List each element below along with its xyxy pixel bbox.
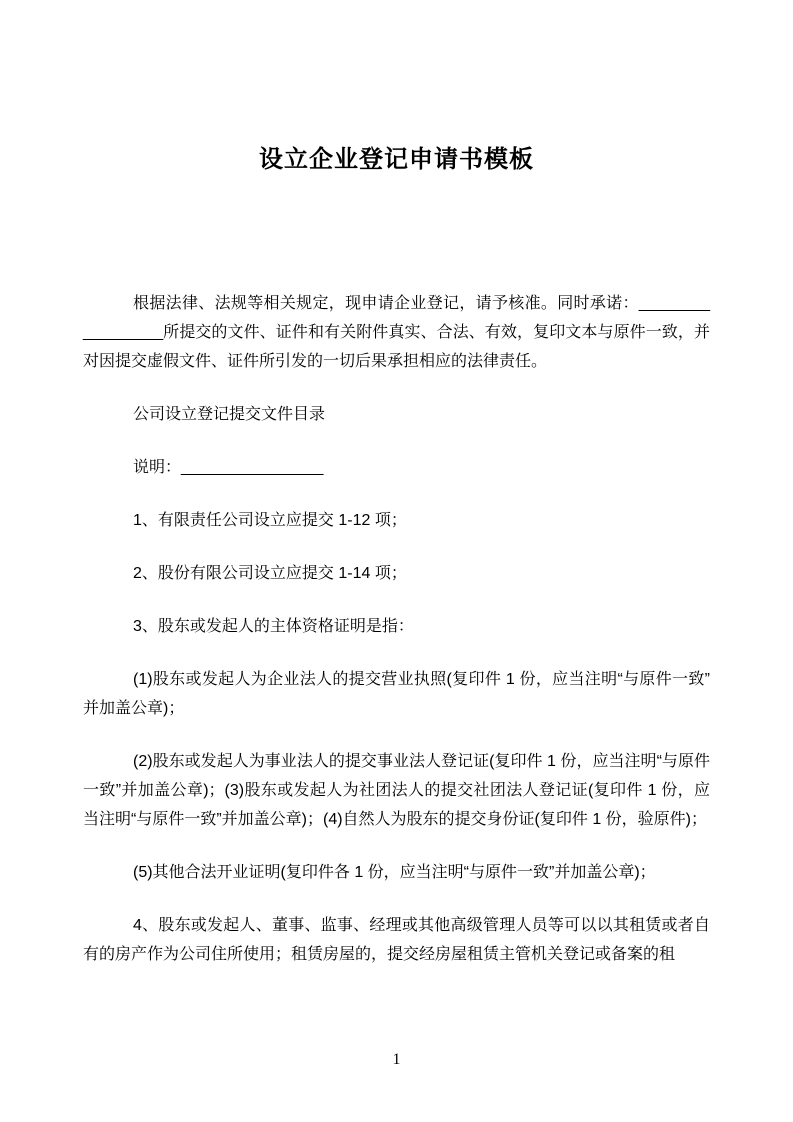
catalog-heading: 公司设立登记提交文件目录 [83, 400, 710, 429]
list-item-4: 4、股东或发起人、董事、监事、经理或其他高级管理人员等可以以其租赁或者自有的房产… [83, 911, 710, 969]
document-title-text: 设立企业登记申请书模板 [259, 146, 534, 173]
list-item-1: 1、有限责任公司设立应提交 1-12 项； [83, 506, 710, 535]
sub-items-2-to-4: (2)股东或发起人为事业法人的提交事业法人登记证(复印件 1 份，应当注明“与原… [83, 747, 710, 834]
document-page: 设立企业登记申请书模板 根据法律、法规等相关规定，现申请企业登记，请予核准。同时… [0, 0, 793, 1122]
note-line: 说明：________________ [83, 453, 710, 482]
intro-paragraph: 根据法律、法规等相关规定，现申请企业登记，请予核准。同时承诺：________​… [83, 289, 710, 376]
list-item-2: 2、股份有限公司设立应提交 1-14 项； [83, 559, 710, 588]
document-title: 设立企业登记申请书模板 [83, 143, 710, 176]
list-item-3: 3、股东或发起人的主体资格证明是指： [83, 612, 710, 641]
sub-item-1: (1)股东或发起人为企业法人的提交营业执照(复印件 1 份，应当注明“与原件一致… [83, 665, 710, 723]
sub-item-5: (5)其他合法开业证明(复印件各 1 份，应当注明“与原件一致”并加盖公章)； [83, 858, 710, 887]
page-number: 1 [0, 1052, 793, 1068]
